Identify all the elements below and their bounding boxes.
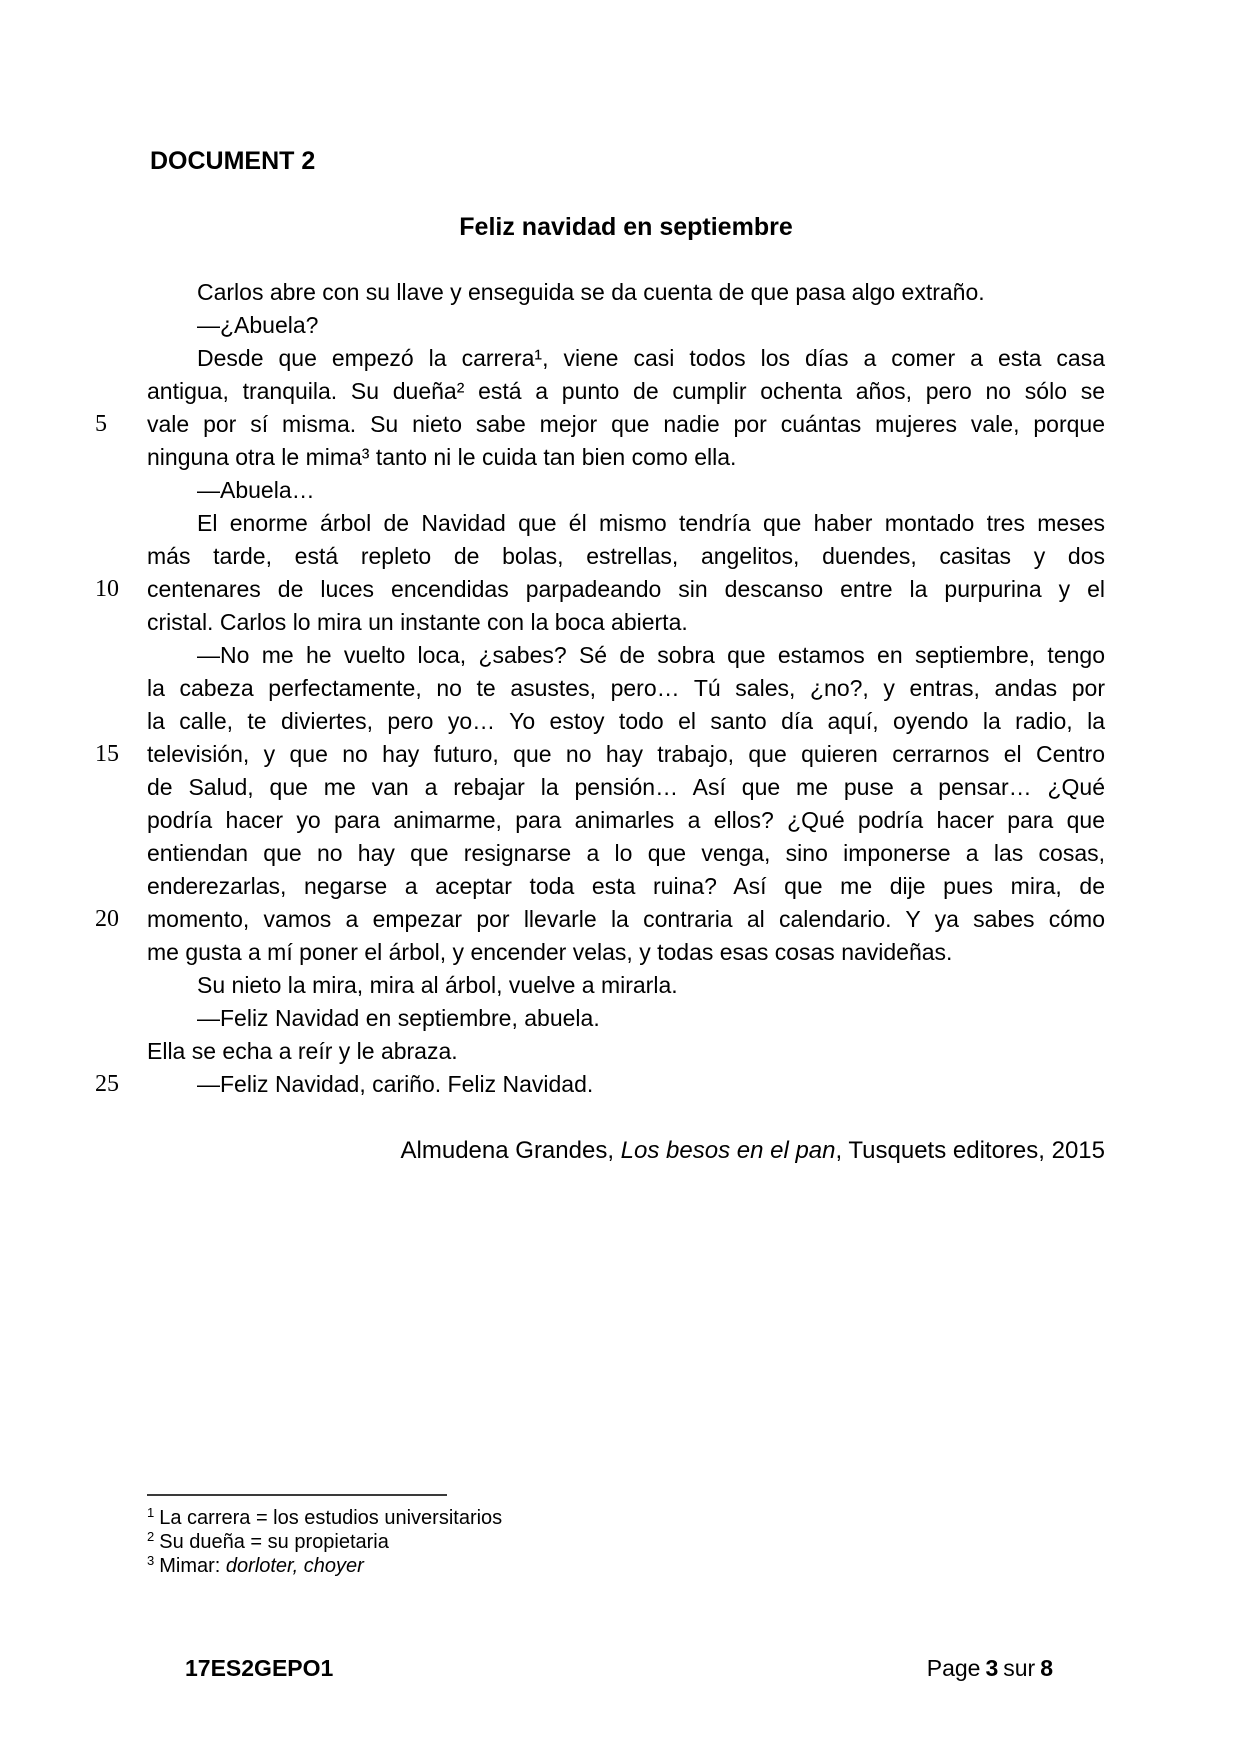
attribution: Almudena Grandes, Los besos en el pan, T… [147, 1134, 1105, 1167]
line-number: 10 [95, 573, 119, 606]
text-line: cristal. Carlos lo mira un instante con … [147, 606, 1105, 639]
line-text: momento, vamos a empezar por llevarle la… [147, 906, 1105, 932]
document-page: DOCUMENT 2 Feliz navidad en septiembre C… [0, 0, 1240, 1754]
text-line: podría hacer yo para animarme, para anim… [147, 804, 1105, 837]
line-number: 15 [95, 738, 119, 771]
line-text: ninguna otra le mima³ tanto ni le cuida … [147, 444, 736, 470]
text-line: 25—Feliz Navidad, cariño. Feliz Navidad. [147, 1068, 1105, 1101]
footnote-marker: 2 [147, 1529, 154, 1544]
text-line: Carlos abre con su llave y enseguida se … [147, 276, 1105, 309]
text-line: 10centenares de luces encendidas parpade… [147, 573, 1105, 606]
line-text: antigua, tranquila. Su dueña² está a pun… [147, 378, 1105, 404]
text-line: —Abuela… [147, 474, 1105, 507]
footnote: 1La carrera = los estudios universitario… [147, 1506, 502, 1530]
line-text: me gusta a mí poner el árbol, y encender… [147, 939, 952, 965]
line-number: 20 [95, 903, 119, 936]
text-line: entiendan que no hay que resignarse a lo… [147, 837, 1105, 870]
text-line: enderezarlas, negarse a aceptar toda est… [147, 870, 1105, 903]
line-text: cristal. Carlos lo mira un instante con … [147, 609, 688, 635]
line-text: —Feliz Navidad, cariño. Feliz Navidad. [197, 1071, 593, 1097]
text-line: 20momento, vamos a empezar por llevarle … [147, 903, 1105, 936]
line-text: Carlos abre con su llave y enseguida se … [197, 279, 985, 305]
footnote-text: Mimar: [159, 1555, 226, 1577]
footer-document-code: 17ES2GEPO1 [185, 1655, 333, 1683]
line-text: de Salud, que me van a rebajar la pensió… [147, 774, 1105, 800]
line-text: —¿Abuela? [197, 312, 318, 338]
text-line: —Feliz Navidad en septiembre, abuela. [147, 1002, 1105, 1035]
line-text: centenares de luces encendidas parpadean… [147, 576, 1105, 602]
footnote-separator [147, 1494, 447, 1496]
line-text: más tarde, está repleto de bolas, estrel… [147, 543, 1105, 569]
text-line: de Salud, que me van a rebajar la pensió… [147, 771, 1105, 804]
document-title: Feliz navidad en septiembre [147, 212, 1105, 242]
text-line: El enorme árbol de Navidad que él mismo … [147, 507, 1105, 540]
line-text: enderezarlas, negarse a aceptar toda est… [147, 873, 1105, 899]
line-text: El enorme árbol de Navidad que él mismo … [197, 510, 1105, 536]
text-line: Desde que empezó la carrera¹, viene casi… [147, 342, 1105, 375]
text-line: 5vale por sí misma. Su nieto sabe mejor … [147, 408, 1105, 441]
text-lines: Carlos abre con su llave y enseguida se … [147, 276, 1105, 1101]
document-label: DOCUMENT 2 [150, 146, 315, 176]
line-number: 25 [95, 1068, 119, 1101]
footnote-marker: 1 [147, 1505, 154, 1520]
text-line: 15televisión, y que no hay futuro, que n… [147, 738, 1105, 771]
text-line: Ella se echa a reír y le abraza. [147, 1035, 1105, 1068]
line-text: —No me he vuelto loca, ¿sabes? Sé de sob… [197, 642, 1105, 668]
footnote-text: La carrera = los estudios universitarios [159, 1507, 502, 1529]
footer-page-indicator: Page3sur8 [927, 1655, 1053, 1683]
line-text: la calle, te diviertes, pero yo… Yo esto… [147, 708, 1105, 734]
footnote: 3Mimar: dorloter, choyer [147, 1554, 502, 1578]
line-text: la cabeza perfectamente, no te asustes, … [147, 675, 1105, 701]
line-text: podría hacer yo para animarme, para anim… [147, 807, 1105, 833]
text-line: antigua, tranquila. Su dueña² está a pun… [147, 375, 1105, 408]
line-number: 5 [95, 408, 119, 441]
attribution-author: Almudena Grandes, [401, 1137, 621, 1164]
footer-page-separator: sur [1003, 1655, 1035, 1681]
line-text: Ella se echa a reír y le abraza. [147, 1038, 458, 1064]
text-line: ninguna otra le mima³ tanto ni le cuida … [147, 441, 1105, 474]
text-line: la calle, te diviertes, pero yo… Yo esto… [147, 705, 1105, 738]
footer-page-total: 8 [1040, 1655, 1053, 1681]
text-line: más tarde, está repleto de bolas, estrel… [147, 540, 1105, 573]
line-text: vale por sí misma. Su nieto sabe mejor q… [147, 411, 1105, 437]
footnote-text: Su dueña = su propietaria [159, 1531, 389, 1553]
footnotes: 1La carrera = los estudios universitario… [147, 1506, 502, 1578]
footnote: 2Su dueña = su propietaria [147, 1530, 502, 1554]
footnote-marker: 3 [147, 1553, 154, 1568]
line-text: Su nieto la mira, mira al árbol, vuelve … [197, 972, 678, 998]
line-text: —Abuela… [197, 477, 315, 503]
attribution-publisher: , Tusquets editores, 2015 [835, 1137, 1105, 1164]
footer-page-number: 3 [985, 1655, 998, 1681]
attribution-book-title: Los besos en el pan [621, 1137, 836, 1164]
line-text: —Feliz Navidad en septiembre, abuela. [197, 1005, 600, 1031]
line-text: televisión, y que no hay futuro, que no … [147, 741, 1105, 767]
text-line: —¿Abuela? [147, 309, 1105, 342]
line-text: entiendan que no hay que resignarse a lo… [147, 840, 1105, 866]
text-line: la cabeza perfectamente, no te asustes, … [147, 672, 1105, 705]
text-line: —No me he vuelto loca, ¿sabes? Sé de sob… [147, 639, 1105, 672]
footer-page-word: Page [927, 1655, 981, 1681]
footnote-italic: dorloter, choyer [226, 1555, 364, 1577]
text-line: me gusta a mí poner el árbol, y encender… [147, 936, 1105, 969]
text-line: Su nieto la mira, mira al árbol, vuelve … [147, 969, 1105, 1002]
line-text: Desde que empezó la carrera¹, viene casi… [197, 345, 1105, 371]
